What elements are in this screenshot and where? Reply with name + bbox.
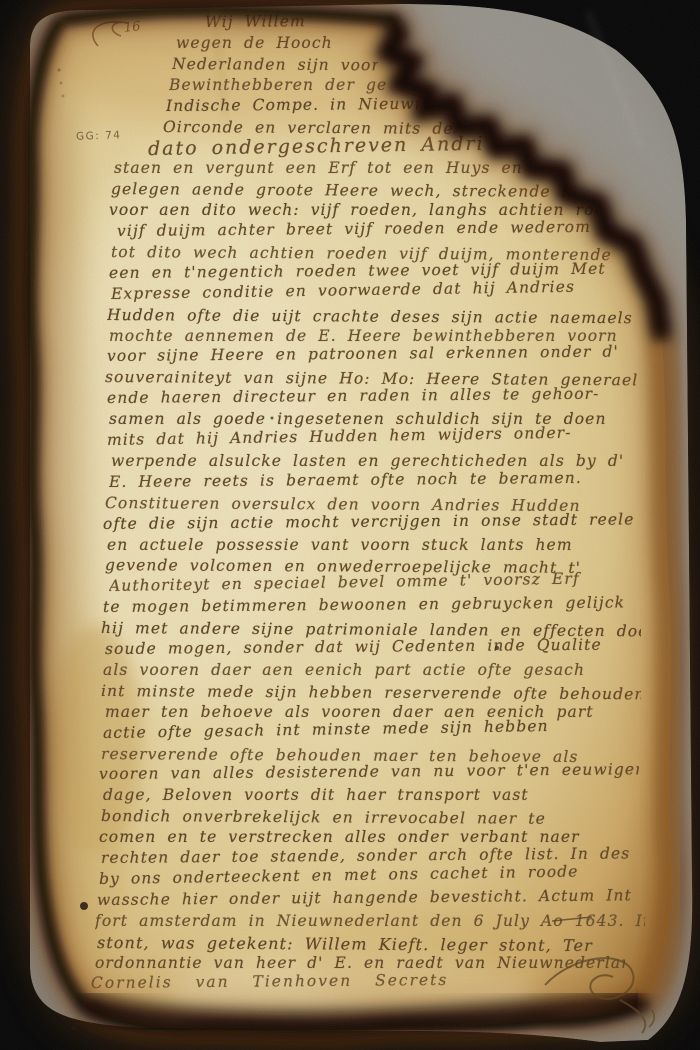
- damage-overlay: [0, 0, 700, 1050]
- manuscript-scan: 4 16 GG: 74 Wij Willemwegen de HoochNede…: [0, 0, 700, 1050]
- grain-light: [0, 0, 700, 1050]
